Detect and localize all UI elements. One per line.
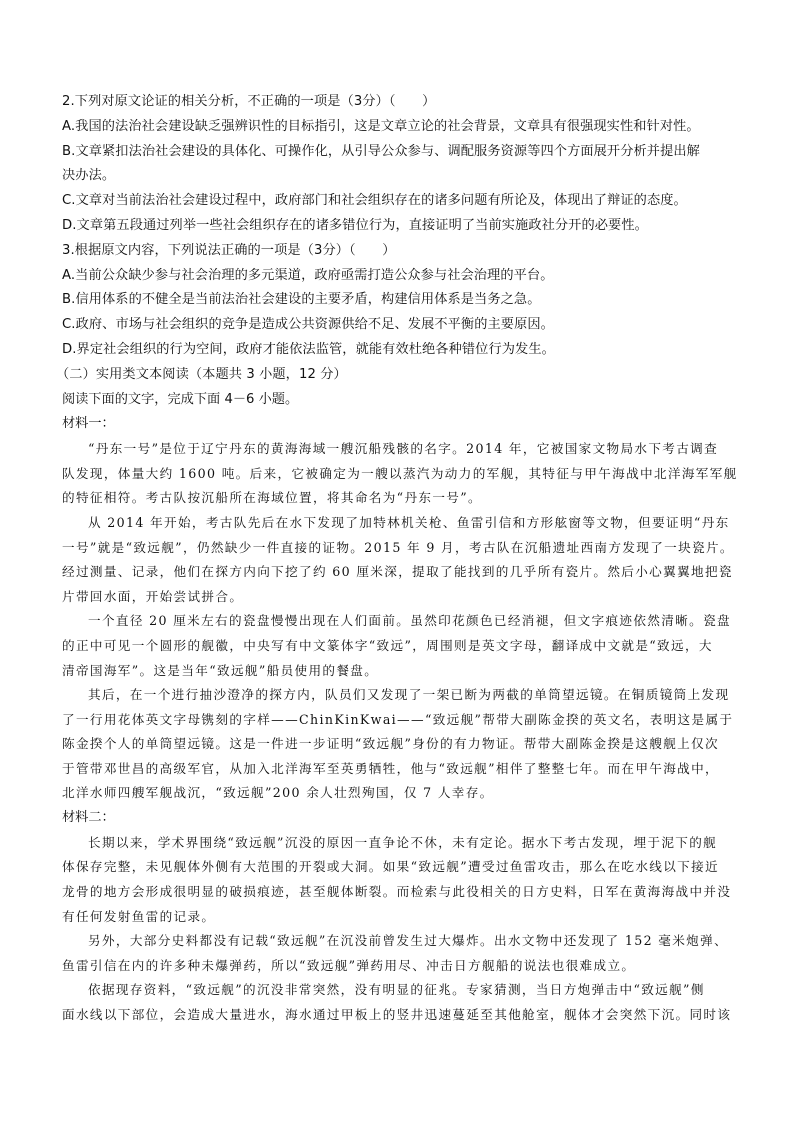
paragraph-line: “丹东一号”是位于辽宁丹东的黄海海域一艘沉船残骸的名字。2014 年，它被国家文… [62, 437, 742, 462]
material-label: 材料一： [62, 412, 742, 437]
paragraph-line: 体保存完整，未见舰体外侧有大范围的开裂或大洞。如果“致远舰”遭受过鱼雷攻击，那么… [62, 855, 742, 880]
material-two: 材料二： 长期以来，学术界围绕“致远舰”沉没的原因一直争论不休，未有定论。据水下… [62, 806, 742, 1028]
option-a: A.我国的法治社会建设缺乏强辨识性的目标指引，这是文章立论的社会背景，文章具有很… [62, 115, 742, 140]
paragraph-line: 经过测量、记录，他们在探方内向下挖了约 60 厘米深，提取了能找到的几乎所有瓷片… [62, 560, 742, 585]
section-instruction: 阅读下面的文字，完成下面 4－6 小题。 [62, 388, 742, 413]
option-c: C.政府、市场与社会组织的竞争是造成公共资源供给不足、发展不平衡的主要原因。 [62, 313, 742, 338]
paragraph-line: 陈金揆个人的单筒望远镜。这是一件进一步证明“致远舰”身份的有力物证。帮带大副陈金… [62, 732, 742, 757]
option-b: B.文章紧扣法治社会建设的具体化、可操作化，从引导公众参与、调配服务资源等四个方… [62, 140, 742, 165]
paragraph-line: 队发现，体量大约 1600 吨。后来，它被确定为一艘以蒸汽为动力的军舰，其特征与… [62, 462, 742, 487]
paragraph-line: 其后，在一个进行抽沙澄净的探方内，队员们又发现了一架已断为两截的单筒望远镜。在铜… [62, 683, 742, 708]
question-3: 3.根据原文内容，下列说法正确的一项是（3分）（ ） A.当前公众缺少参与社会治… [62, 239, 742, 363]
document-page: 2.下列对原文论证的相关分析，不正确的一项是（3分）（ ） A.我国的法治社会建… [62, 90, 742, 1028]
paragraph-line: 依据现存资料，“致远舰”的沉没非常突然，没有明显的征兆。专家猜测，当日方炮弹击中… [62, 978, 742, 1003]
option-c: C.文章对当前法治社会建设过程中，政府部门和社会组织存在的诸多问题有所论及，体现… [62, 189, 742, 214]
paragraph-line: 有任何发射鱼雷的记录。 [62, 905, 742, 930]
paragraph-line: 片带回水面，开始尝试拼合。 [62, 585, 742, 610]
paragraph-line: 清帝国海军”。这是当年“致远舰”船员使用的餐盘。 [62, 659, 742, 684]
paragraph-line: 鱼雷引信在内的许多种未爆弹药，所以“致远舰”弹药用尽、冲击日方舰船的说法也很难成… [62, 954, 742, 979]
paragraph-line: 面水线以下部位，会造成大量进水，海水通过甲板上的竖井迅速蔓延至其他舱室，舰体才会… [62, 1003, 742, 1028]
material-one: 材料一： “丹东一号”是位于辽宁丹东的黄海海域一艘沉船残骸的名字。2014 年，… [62, 412, 742, 806]
question-title: 3.根据原文内容，下列说法正确的一项是（3分）（ ） [62, 239, 742, 264]
option-b-continued: 决办法。 [62, 164, 742, 189]
paragraph-line: 于管带邓世昌的高级军官，从加入北洋海军至英勇牺牲，他与“致远舰”相伴了整整七年。… [62, 757, 742, 782]
option-d: D.文章第五段通过列举一些社会组织存在的诸多错位行为，直接证明了当前实施政社分开… [62, 214, 742, 239]
material-label: 材料二： [62, 806, 742, 831]
paragraph-line: 的特征相符。考古队按沉船所在海域位置，将其命名为“丹东一号”。 [62, 486, 742, 511]
question-2: 2.下列对原文论证的相关分析，不正确的一项是（3分）（ ） A.我国的法治社会建… [62, 90, 742, 239]
option-b: B.信用体系的不健全是当前法治社会建设的主要矛盾，构建信用体系是当务之急。 [62, 288, 742, 313]
option-d: D.界定社会组织的行为空间，政府才能依法监管，就能有效杜绝各种错位行为发生。 [62, 338, 742, 363]
paragraph-line: 从 2014 年开始，考古队先后在水下发现了加特林机关枪、鱼雷引信和方形舷窗等文… [62, 511, 742, 536]
paragraph-line: 长期以来，学术界围绕“致远舰”沉没的原因一直争论不休，未有定论。据水下考古发现，… [62, 831, 742, 856]
paragraph-line: 一号”就是“致远舰”，仍然缺少一件直接的证物。2015 年 9 月，考古队在沉船… [62, 536, 742, 561]
option-a: A.当前公众缺少参与社会治理的多元渠道，政府亟需打造公众参与社会治理的平台。 [62, 264, 742, 289]
paragraph-line: 一个直径 20 厘米左右的瓷盘慢慢出现在人们面前。虽然印花颜色已经消褪，但文字痕… [62, 609, 742, 634]
paragraph-line: 龙骨的地方会形成很明显的破损痕迹，甚至舰体断裂。而检索与此役相关的日方史料，日军… [62, 880, 742, 905]
paragraph-line: 的正中可见一个圆形的舰徽，中央写有中文篆体字“致远”，周围则是英文字母，翻译成中… [62, 634, 742, 659]
question-title: 2.下列对原文论证的相关分析，不正确的一项是（3分）（ ） [62, 90, 742, 115]
paragraph-line: 了一行用花体英文字母镌刻的字样——ChinKinKwai——“致远舰”帮带大副陈… [62, 708, 742, 733]
section-title: （二）实用类文本阅读（本题共 3 小题，12 分） [56, 363, 742, 388]
paragraph-line: 北洋水师四艘军舰战沉，“致远舰”200 余人壮烈殉国，仅 7 人幸存。 [62, 781, 742, 806]
paragraph-line: 另外，大部分史料都没有记载“致远舰”在沉没前曾发生过大爆炸。出水文物中还发现了 … [62, 929, 742, 954]
